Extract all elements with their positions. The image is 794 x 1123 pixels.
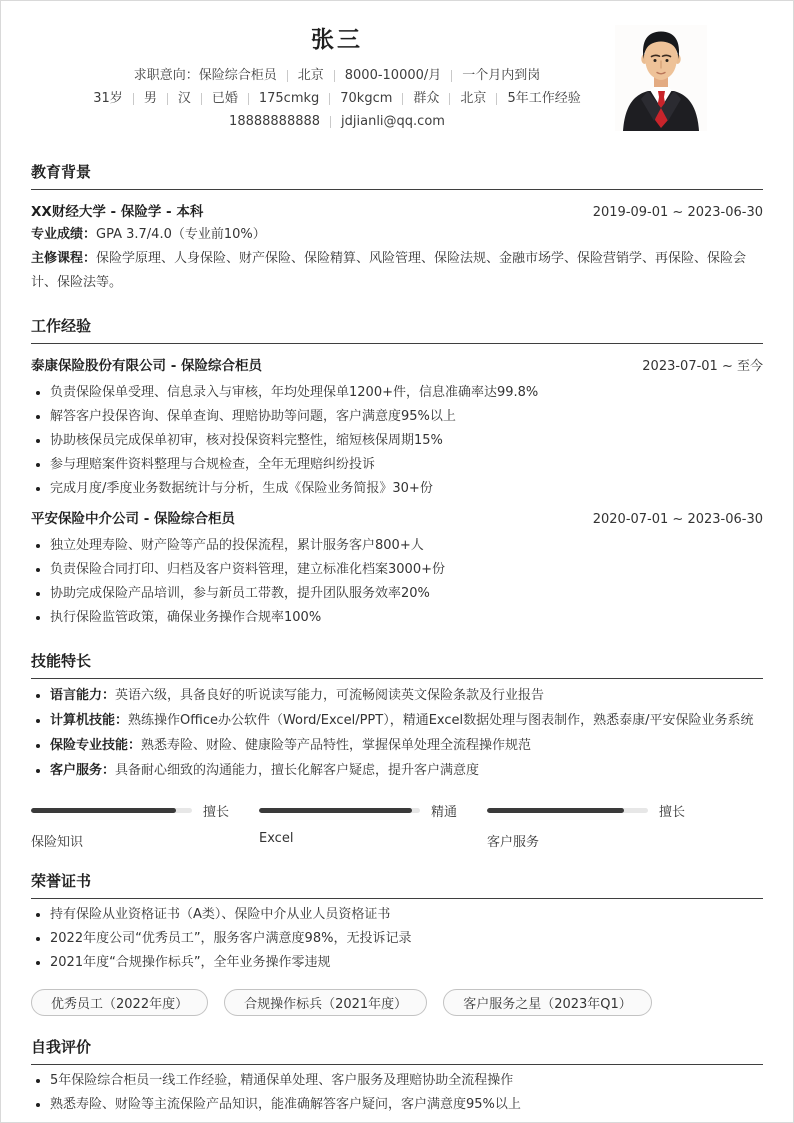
section-summary: 自我评价 5年保险综合柜员一线工作经验，精通保单处理、客户服务及理赔协助全流程操…: [31, 1037, 763, 1117]
basic-item: 汉: [178, 87, 191, 110]
divider: [451, 70, 452, 82]
company-title: 平安保险中介公司 - 保险综合柜员: [31, 509, 235, 529]
bar-name: 客户服务: [487, 831, 685, 850]
bar-name: Excel: [259, 831, 457, 846]
skill-text: 英语六级，具备良好的听说读写能力，可流畅阅读英文保险条款及行业报告: [115, 688, 544, 703]
divider: [287, 70, 288, 82]
basic-item: 70kgcm: [340, 87, 392, 110]
skill-text: 具备耐心细致的沟通能力，擅长化解客户疑虑，提升客户满意度: [115, 763, 479, 778]
skill-label: 客户服务：: [50, 763, 115, 778]
header: 张三 求职意向：保险综合柜员 北京 8000-10000/月 一个月内到岗 31…: [31, 25, 763, 141]
email-address: jdjianli@qq.com: [341, 110, 445, 133]
basic-item: 北京: [460, 87, 486, 110]
profile-photo-illustration: [615, 25, 707, 131]
honor-badge: 合规操作标兵（2021年度）: [224, 989, 427, 1016]
bullet-item: 参与理赔案件资料整理与合规检查，全年无理赔纠纷投诉: [31, 453, 763, 477]
skill-label: 计算机技能：: [50, 713, 128, 728]
school-title: XX财经大学 - 保险学 - 本科: [31, 202, 203, 222]
honor-badge: 优秀员工（2022年度）: [31, 989, 208, 1016]
intent-item: 北京: [298, 64, 324, 87]
education-title: 教育背景: [31, 162, 763, 190]
basic-item: 5年工作经验: [507, 87, 580, 110]
bullet-item: 协助核保员完成保单初审，核对投保资料完整性，缩短核保周期15%: [31, 429, 763, 453]
bar-name: 保险知识: [31, 831, 229, 850]
bullet-item: 5年保险综合柜员一线工作经验，精通保单处理、客户服务及理赔协助全流程操作: [31, 1069, 763, 1093]
bar-fill: [487, 808, 624, 813]
profile-photo: [615, 25, 707, 131]
bar-fill: [31, 808, 176, 813]
bar-track: [31, 808, 192, 813]
divider: [402, 93, 403, 105]
intent-item: 8000-10000/月: [345, 64, 442, 87]
intent-item: 一个月内到岗: [462, 64, 540, 87]
section-work: 工作经验 泰康保险股份有限公司 - 保险综合柜员 2023-07-01 ~ 至今…: [31, 316, 763, 630]
bar-track: [487, 808, 648, 813]
work-entry-2: 平安保险中介公司 - 保险综合柜员 2020-07-01 ~ 2023-06-3…: [31, 509, 763, 530]
bullet-item: 熟悉寿险、财险等主流保险产品知识，能准确解答客户疑问，客户满意度95%以上: [31, 1093, 763, 1117]
bullet-item: 协助完成保险产品培训，参与新员工带教，提升团队服务效率20%: [31, 582, 763, 606]
contact-line: 18888888888 jdjianli@qq.com: [31, 110, 643, 133]
bullet-item: 负责保险保单受理、信息录入与审核，年均处理保单1200+件，信息准确率达99.8…: [31, 381, 763, 405]
bar-level-label: 擅长: [659, 801, 685, 820]
honors-list: 持有保险从业资格证书（A类）、保险中介从业人员资格证书 2022年度公司“优秀员…: [31, 903, 763, 975]
bullet-item: 解答客户投保咨询、保单查询、理赔协助等问题，客户满意度95%以上: [31, 405, 763, 429]
divider: [449, 93, 450, 105]
work-title: 工作经验: [31, 316, 763, 344]
bar-row: 擅长: [487, 801, 685, 820]
skill-text: 熟练操作Office办公软件（Word/Excel/PPT），精通Excel数据…: [128, 713, 754, 728]
skill-text: 熟悉寿险、财险、健康险等产品特性，掌握保单处理全流程操作规范: [141, 738, 531, 753]
skill-label: 语言能力：: [50, 688, 115, 703]
skill-bar-insurance: 擅长 保险知识: [31, 801, 229, 850]
basic-item: 31岁: [93, 87, 123, 110]
bullet-item: 完成月度/季度业务数据统计与分析，生成《保险业务简报》30+份: [31, 477, 763, 501]
bar-level-label: 精通: [431, 801, 457, 820]
section-education: 教育背景 XX财经大学 - 保险学 - 本科 2019-09-01 ~ 2023…: [31, 162, 763, 295]
basic-info-line: 31岁 男 汉 已婚 175cmkg 70kgcm 群众 北京 5年工作经验: [31, 87, 643, 110]
bar-fill: [259, 808, 412, 813]
bullet-item: 2021年度“合规操作标兵”，全年业务操作零违规: [31, 951, 763, 975]
skill-label: 保险专业技能：: [50, 738, 141, 753]
bullet-item: 负责保险合同打印、归档及客户资料管理，建立标准化档案3000+份: [31, 558, 763, 582]
summary-list: 5年保险综合柜员一线工作经验，精通保单处理、客户服务及理赔协助全流程操作 熟悉寿…: [31, 1069, 763, 1117]
divider: [167, 93, 168, 105]
resume-page: 张三 求职意向：保险综合柜员 北京 8000-10000/月 一个月内到岗 31…: [0, 0, 794, 1123]
work-bullet-list-1: 负责保险保单受理、信息录入与审核，年均处理保单1200+件，信息准确率达99.8…: [31, 381, 763, 501]
section-honors: 荣誉证书 持有保险从业资格证书（A类）、保险中介从业人员资格证书 2022年度公…: [31, 871, 763, 1016]
divider: [334, 70, 335, 82]
skill-item: 语言能力：英语六级，具备良好的听说读写能力，可流畅阅读英文保险条款及行业报告: [31, 683, 763, 708]
section-skills: 技能特长 语言能力：英语六级，具备良好的听说读写能力，可流畅阅读英文保险条款及行…: [31, 651, 763, 850]
divider: [248, 93, 249, 105]
summary-title: 自我评价: [31, 1037, 763, 1065]
basic-item: 男: [144, 87, 157, 110]
work-date-range: 2020-07-01 ~ 2023-06-30: [593, 510, 763, 530]
skill-item: 计算机技能：熟练操作Office办公软件（Word/Excel/PPT），精通E…: [31, 708, 763, 733]
skill-item: 保险专业技能：熟悉寿险、财险、健康险等产品特性，掌握保单处理全流程操作规范: [31, 733, 763, 758]
honor-badges: 优秀员工（2022年度） 合规操作标兵（2021年度） 客户服务之星（2023年…: [31, 989, 763, 1016]
courses-line: 主修课程：保险学原理、人身保险、财产保险、保险精算、风险管理、保险法规、金融市场…: [31, 247, 763, 295]
honor-badge: 客户服务之星（2023年Q1）: [443, 989, 652, 1016]
bullet-item: 独立处理寿险、财产险等产品的投保流程，累计服务客户800+人: [31, 534, 763, 558]
bullet-item: 执行保险监管政策，确保业务操作合规率100%: [31, 606, 763, 630]
skill-bar-excel: 精通 Excel: [259, 801, 457, 850]
education-date-range: 2019-09-01 ~ 2023-06-30: [593, 203, 763, 223]
education-entry: XX财经大学 - 保险学 - 本科 2019-09-01 ~ 2023-06-3…: [31, 202, 763, 223]
gpa-value: GPA 3.7/4.0（专业前10%）: [96, 227, 266, 242]
divider: [330, 116, 331, 128]
basic-item: 已婚: [212, 87, 238, 110]
bar-row: 精通: [259, 801, 457, 820]
skill-item: 客户服务：具备耐心细致的沟通能力，擅长化解客户疑虑，提升客户满意度: [31, 758, 763, 783]
bar-level-label: 擅长: [203, 801, 229, 820]
skill-bar-customer-service: 擅长 客户服务: [487, 801, 685, 850]
divider: [201, 93, 202, 105]
basic-item: 群众: [413, 87, 439, 110]
bar-track: [259, 808, 420, 813]
honors-title: 荣誉证书: [31, 871, 763, 899]
work-date-range: 2023-07-01 ~ 至今: [642, 357, 763, 377]
basic-item: 175cmkg: [259, 87, 319, 110]
company-title: 泰康保险股份有限公司 - 保险综合柜员: [31, 356, 262, 376]
bullet-item: 持有保险从业资格证书（A类）、保险中介从业人员资格证书: [31, 903, 763, 927]
work-bullet-list-2: 独立处理寿险、财产险等产品的投保流程，累计服务客户800+人 负责保险合同打印、…: [31, 534, 763, 630]
work-entry-1: 泰康保险股份有限公司 - 保险综合柜员 2023-07-01 ~ 至今: [31, 356, 763, 377]
job-intent-line: 求职意向：保险综合柜员 北京 8000-10000/月 一个月内到岗: [31, 64, 643, 87]
phone-number: 18888888888: [229, 110, 320, 133]
bar-row: 擅长: [31, 801, 229, 820]
divider: [496, 93, 497, 105]
courses-label: 主修课程：: [31, 251, 96, 266]
bullet-item: 2022年度公司“优秀员工”，服务客户满意度98%，无投诉记录: [31, 927, 763, 951]
gpa-line: 专业成绩：GPA 3.7/4.0（专业前10%）: [31, 223, 763, 247]
divider: [133, 93, 134, 105]
skills-list: 语言能力：英语六级，具备良好的听说读写能力，可流畅阅读英文保险条款及行业报告 计…: [31, 683, 763, 783]
divider: [329, 93, 330, 105]
gpa-label: 专业成绩：: [31, 227, 96, 242]
courses-value: 保险学原理、人身保险、财产保险、保险精算、风险管理、保险法规、金融市场学、保险营…: [31, 251, 746, 290]
skill-bars: 擅长 保险知识 精通 Excel 擅长 客户服务: [31, 801, 763, 850]
intent-item: 求职意向：保险综合柜员: [134, 64, 277, 87]
candidate-name: 张三: [31, 25, 643, 55]
skills-title: 技能特长: [31, 651, 763, 679]
header-text: 张三 求职意向：保险综合柜员 北京 8000-10000/月 一个月内到岗 31…: [31, 25, 643, 133]
